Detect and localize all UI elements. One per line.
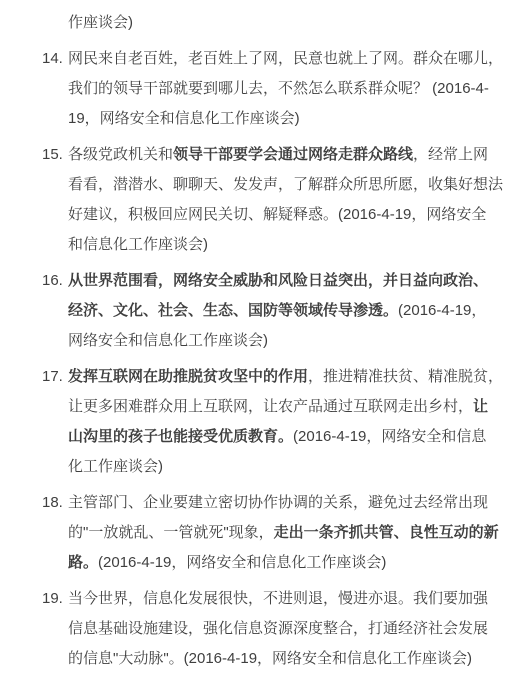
list-item-continuation: 作座谈会) [42,8,483,38]
text-segment: 作座谈会) [68,14,133,31]
item-number: 16. [42,266,68,296]
text-segment: ，推进精准扶贫、精准脱贫， [308,368,503,385]
text-line: 我们的领导干部就要到哪儿去，不然怎么联系群众呢？ (2016-4- [68,74,483,104]
text-line: 的"一放就乱、一管就死"现象，走出一条齐抓共管、良性互动的新 [68,518,483,548]
bold-text-segment: 经济、文化、社会、生态、国防等领域传导渗透。 [68,302,398,319]
text-line: 好建议，积极回应网民关切、解疑释惑。(2016-4-19，网络安全 [68,200,483,230]
quote-list: 作座谈会)14.网民来自老百姓，老百姓上了网，民意也就上了网。群众在哪儿，我们的… [0,0,513,674]
text-segment: (2016-4-19， [398,302,486,319]
item-number: 19. [42,584,68,614]
list-item: 15.各级党政机关和领导干部要学会通过网络走群众路线，经常上网看看，潜潜水、聊聊… [42,140,483,260]
list-item: 17.发挥互联网在助推脱贫攻坚中的作用，推进精准扶贫、精准脱贫，让更多困难群众用… [42,362,483,482]
list-item: 18.主管部门、企业要建立密切协作协调的关系，避免过去经常出现的"一放就乱、一管… [42,488,483,578]
list-item: 19.当今世界，信息化发展很快，不进则退，慢进亦退。我们要加强信息基础设施建设，… [42,584,483,674]
bold-text-segment: 发挥互联网在助推脱贫攻坚中的作用 [68,368,308,385]
text-segment: 的"一放就乱、一管就死"现象， [68,524,274,541]
bold-text-segment: 路。 [68,554,98,571]
text-line: 各级党政机关和领导干部要学会通过网络走群众路线，经常上网 [68,140,483,170]
text-segment: 我们的领导干部就要到哪儿去，不然怎么联系群众呢？ (2016-4- [68,80,489,97]
list-item: 14.网民来自老百姓，老百姓上了网，民意也就上了网。群众在哪儿，我们的领导干部就… [42,44,483,134]
text-line: 化工作座谈会) [68,452,483,482]
item-text: 作座谈会) [68,8,483,38]
text-segment: 网民来自老百姓，老百姓上了网，民意也就上了网。群众在哪儿， [68,50,503,67]
bold-text-segment: 走出一条齐抓共管、良性互动的新 [274,524,499,541]
text-line: 作座谈会) [68,8,483,38]
text-segment: 主管部门、企业要建立密切协作协调的关系，避免过去经常出现 [68,494,488,511]
item-number: 17. [42,362,68,392]
text-line: 主管部门、企业要建立密切协作协调的关系，避免过去经常出现 [68,488,483,518]
text-line: 19，网络安全和信息化工作座谈会) [68,104,483,134]
text-line: 网络安全和信息化工作座谈会) [68,326,483,356]
text-line: 路。(2016-4-19，网络安全和信息化工作座谈会) [68,548,483,578]
text-line: 和信息化工作座谈会) [68,230,483,260]
item-text: 各级党政机关和领导干部要学会通过网络走群众路线，经常上网看看，潜潜水、聊聊天、发… [68,140,483,260]
text-segment: 化工作座谈会) [68,458,163,475]
item-text: 主管部门、企业要建立密切协作协调的关系，避免过去经常出现的"一放就乱、一管就死"… [68,488,483,578]
item-text: 当今世界，信息化发展很快，不进则退，慢进亦退。我们要加强信息基础设施建设，强化信… [68,584,483,674]
text-line: 看看，潜潜水、聊聊天、发发声，了解群众所思所愿，收集好想法 [68,170,483,200]
bold-text-segment: 领导干部要学会通过网络走群众路线 [173,146,413,163]
text-segment: (2016-4-19，网络安全和信息化工作座谈会) [98,554,386,571]
bold-text-segment: 从世界范围看，网络安全威胁和风险日益突出，并日益向政治、 [68,272,488,289]
text-segment: 让更多困难群众用上互联网，让农产品通过互联网走出乡村， [68,398,473,415]
bold-text-segment: 让 [473,398,488,415]
text-segment: 各级党政机关和 [68,146,173,163]
item-number: 14. [42,44,68,74]
item-number: 18. [42,488,68,518]
text-segment: 和信息化工作座谈会) [68,236,208,253]
text-line: 发挥互联网在助推脱贫攻坚中的作用，推进精准扶贫、精准脱贫， [68,362,483,392]
text-segment: 19，网络安全和信息化工作座谈会) [68,110,300,127]
text-segment: ，经常上网 [413,146,488,163]
text-line: 从世界范围看，网络安全威胁和风险日益突出，并日益向政治、 [68,266,483,296]
text-line: 的信息"大动脉"。(2016-4-19，网络安全和信息化工作座谈会) [68,644,483,674]
text-segment: 当今世界，信息化发展很快，不进则退，慢进亦退。我们要加强 [68,590,488,607]
text-segment: (2016-4-19，网络安全和信息 [293,428,486,445]
text-segment: 好建议，积极回应网民关切、解疑释惑。(2016-4-19，网络安全 [68,206,486,223]
item-text: 网民来自老百姓，老百姓上了网，民意也就上了网。群众在哪儿，我们的领导干部就要到哪… [68,44,483,134]
document-page: 作座谈会)14.网民来自老百姓，老百姓上了网，民意也就上了网。群众在哪儿，我们的… [0,0,513,688]
list-item: 16.从世界范围看，网络安全威胁和风险日益突出，并日益向政治、经济、文化、社会、… [42,266,483,356]
text-segment: 看看，潜潜水、聊聊天、发发声，了解群众所思所愿，收集好想法 [68,176,503,193]
text-line: 网民来自老百姓，老百姓上了网，民意也就上了网。群众在哪儿， [68,44,483,74]
text-line: 山沟里的孩子也能接受优质教育。(2016-4-19，网络安全和信息 [68,422,483,452]
text-segment: 信息基础设施建设，强化信息资源深度整合，打通经济社会发展 [68,620,488,637]
text-line: 当今世界，信息化发展很快，不进则退，慢进亦退。我们要加强 [68,584,483,614]
bold-text-segment: 山沟里的孩子也能接受优质教育。 [68,428,293,445]
item-text: 发挥互联网在助推脱贫攻坚中的作用，推进精准扶贫、精准脱贫，让更多困难群众用上互联… [68,362,483,482]
item-number: 15. [42,140,68,170]
text-line: 让更多困难群众用上互联网，让农产品通过互联网走出乡村，让 [68,392,483,422]
text-segment: 的信息"大动脉"。(2016-4-19，网络安全和信息化工作座谈会) [68,650,472,667]
item-text: 从世界范围看，网络安全威胁和风险日益突出，并日益向政治、经济、文化、社会、生态、… [68,266,483,356]
text-line: 经济、文化、社会、生态、国防等领域传导渗透。(2016-4-19， [68,296,483,326]
text-line: 信息基础设施建设，强化信息资源深度整合，打通经济社会发展 [68,614,483,644]
text-segment: 网络安全和信息化工作座谈会) [68,332,268,349]
